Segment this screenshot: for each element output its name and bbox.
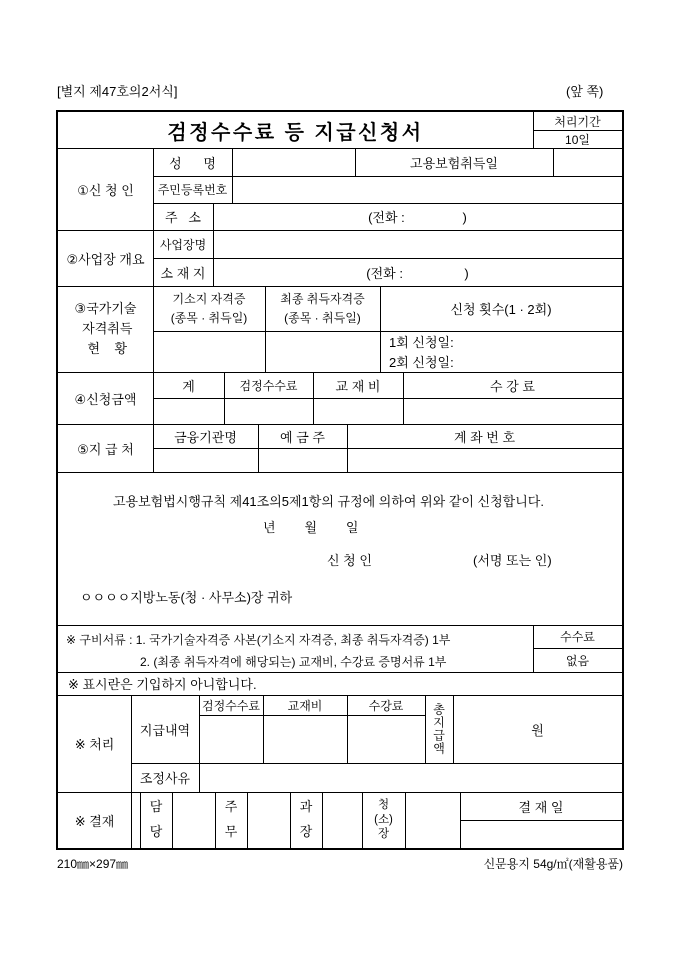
processing-section-label: ※ 처리 [58, 695, 131, 792]
payee-holder-field [258, 448, 347, 472]
note-line: ※ 표시란은 기입하지 아니합니다. [58, 672, 533, 695]
insurance-date-field [553, 148, 622, 176]
fee-label: 수수료 [533, 625, 622, 648]
insurance-date-label: 고용보험취득일 [355, 148, 553, 176]
applicant-name-field [232, 148, 355, 176]
declaration-date-line: 년 월 일 [263, 519, 358, 537]
processing-textbook-field [263, 715, 347, 763]
workplace-location-label: 소 재 지 [153, 258, 213, 286]
approval-chief-label: 과 장 [290, 792, 322, 848]
qualification-section-label: ③국가기술 자격취득 현 황 [58, 286, 153, 372]
processing-period-label: 처리기간 [533, 112, 622, 130]
approval-chief-field [322, 792, 362, 848]
form-title: 검정수수료 등 지급신청서 [58, 112, 533, 148]
payee-holder-label: 예 금 주 [258, 424, 347, 448]
workplace-name-label: 사업장명 [153, 230, 213, 258]
processing-adjust-label: 조정사유 [131, 763, 199, 792]
payee-account-label: 계 좌 번 호 [347, 424, 622, 448]
processing-won-label: 원 [453, 695, 622, 763]
applicant-section-label: ①신 청 인 [58, 148, 153, 230]
declaration-applicant-label: 신 청 인 [327, 552, 372, 570]
page-side-label: (앞 쪽) [566, 83, 603, 101]
approval-staff-field [172, 792, 215, 848]
workplace-name-field [213, 230, 622, 258]
amount-textbook-label: 교 재 비 [313, 372, 403, 398]
amount-total-label: 계 [153, 372, 224, 398]
payee-account-field [347, 448, 622, 472]
workplace-section-label: ②사업장 개요 [58, 230, 153, 286]
amount-total-field [153, 398, 224, 424]
attachments-line2: 2. (최종 취득자격에 해당되는) 교재비, 수강료 증명서류 1부 [140, 654, 446, 670]
processing-tuition-label: 수강료 [347, 695, 425, 715]
processing-period-value: 10일 [533, 130, 622, 148]
approval-director-field [405, 792, 460, 848]
processing-exam-fee-field [199, 715, 263, 763]
request-dates-field: 1회 신청일: 2회 신청일: [380, 331, 622, 372]
paper-size-label: 210㎜×297㎜ [57, 856, 128, 872]
declaration-recipient: ㅇㅇㅇㅇ지방노동(청 · 사무소)장 귀하 [80, 589, 292, 607]
declaration-statement: 고용보험법시행규칙 제41조의5제1항의 규정에 의하여 위와 같이 신청합니다… [113, 493, 544, 511]
approval-manager-field [247, 792, 290, 848]
amount-tuition-field [403, 398, 622, 424]
initial-cert-label: 기소지 자격증 (종목 · 취득일) [153, 286, 265, 331]
form-reference: [별지 제47호의2서식] [57, 83, 177, 101]
approval-manager-label: 주 무 [215, 792, 247, 848]
request-count-label: 신청 횟수(1 · 2회) [380, 286, 622, 331]
approval-section-label: ※ 결재 [58, 792, 131, 848]
fee-value: 없음 [533, 648, 622, 672]
processing-detail-label: 지급내역 [131, 695, 199, 763]
processing-exam-fee-label: 검정수수료 [199, 695, 263, 715]
processing-tuition-field [347, 715, 425, 763]
amount-exam-fee-field [224, 398, 313, 424]
amount-tuition-label: 수 강 료 [403, 372, 622, 398]
approval-date-field [460, 820, 622, 848]
resident-no-field [232, 176, 622, 203]
attachments-line1: ※ 구비서류 : 1. 국가기술자격증 사본(기소지 자격증, 최종 취득자격증… [66, 632, 450, 648]
address-phone-field: (전화 : ) [213, 203, 622, 230]
payee-bank-label: 금융기관명 [153, 424, 258, 448]
final-cert-label: 최종 취득자격증 (종목 · 취득일) [265, 286, 380, 331]
processing-total-label: 총지급액 [425, 695, 453, 763]
resident-no-label: 주민등록번호 [153, 176, 232, 203]
approval-staff-label: 담 당 [140, 792, 172, 848]
initial-cert-field [153, 331, 265, 372]
approval-director-label: 청 (소) 장 [362, 792, 405, 848]
second-request-label: 2회 신청일: [389, 352, 454, 371]
processing-textbook-label: 교재비 [263, 695, 347, 715]
paper-spec-label: 신문용지 54g/㎡(재활용품) [300, 856, 623, 872]
form-page: [별지 제47호의2서식] (앞 쪽) 검정수수료 등 지급신청서 처리기간 1… [0, 0, 680, 962]
workplace-phone-field: (전화 : ) [213, 258, 622, 286]
grid-line [58, 472, 622, 473]
payee-section-label: ⑤지 급 처 [58, 424, 153, 472]
amount-section-label: ④신청금액 [58, 372, 153, 424]
declaration-sign-label: (서명 또는 인) [473, 552, 552, 570]
amount-textbook-field [313, 398, 403, 424]
approval-date-label: 결 재 일 [460, 792, 622, 820]
form-table: 검정수수료 등 지급신청서 처리기간 10일 ①신 청 인 성 명 고용보험취득… [56, 110, 624, 850]
applicant-name-label: 성 명 [153, 148, 232, 176]
processing-adjust-field [199, 763, 622, 792]
address-label: 주 소 [153, 203, 213, 230]
payee-bank-field [153, 448, 258, 472]
first-request-label: 1회 신청일: [389, 332, 454, 351]
final-cert-field [265, 331, 380, 372]
amount-exam-fee-label: 검정수수료 [224, 372, 313, 398]
